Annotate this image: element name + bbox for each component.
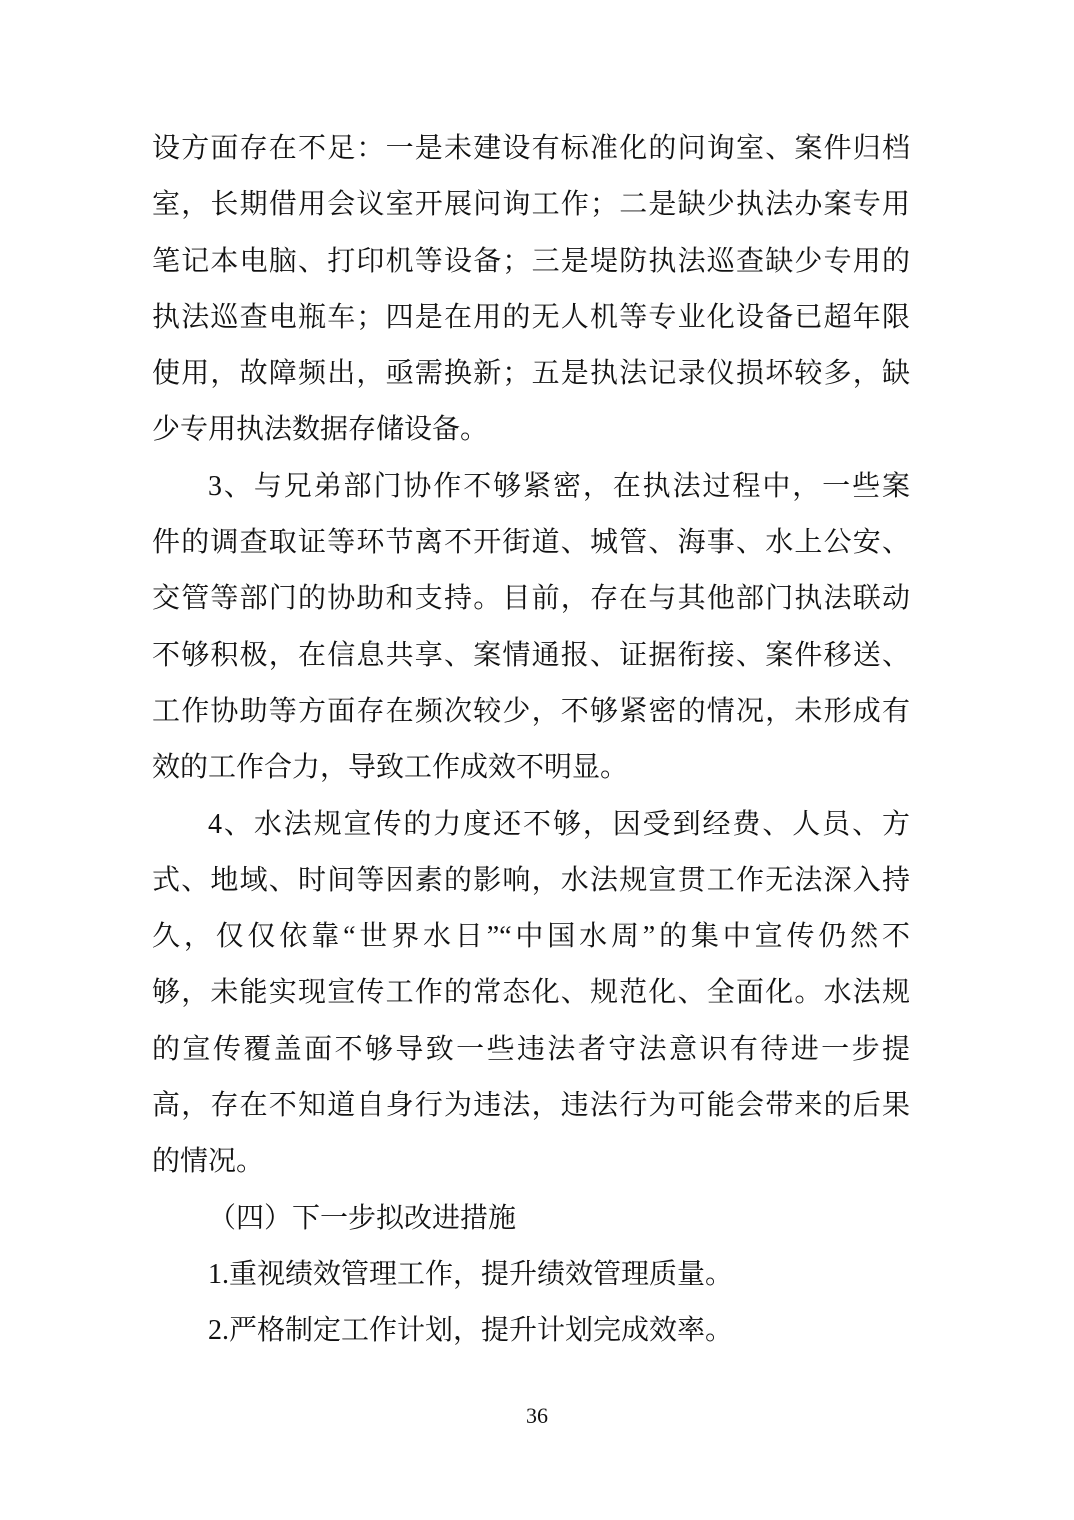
page-footer: 36 bbox=[0, 1402, 1074, 1430]
text-line: 设方面存在不足：一是未建设有标准化的问询室、案件归档 bbox=[152, 121, 910, 177]
text-line: 少专用执法数据存储设备。 bbox=[152, 402, 910, 458]
text-line: 工作协助等方面存在频次较少，不够紧密的情况，未形成有 bbox=[152, 684, 910, 740]
text-line: 不够积极，在信息共享、案情通报、证据衔接、案件移送、 bbox=[152, 628, 910, 684]
text-line: 1.重视绩效管理工作，提升绩效管理质量。 bbox=[152, 1247, 910, 1303]
text-line: 久，仅仅依靠“世界水日”“中国水周”的集中宣传仍然不 bbox=[152, 909, 910, 965]
text-line: 高，存在不知道自身行为违法，违法行为可能会带来的后果 bbox=[152, 1078, 910, 1134]
text-line: 笔记本电脑、打印机等设备；三是堤防执法巡查缺少专用的 bbox=[152, 234, 910, 290]
text-line: 式、地域、时间等因素的影响，水法规宣贯工作无法深入持 bbox=[152, 853, 910, 909]
text-line: 交管等部门的协助和支持。目前，存在与其他部门执法联动 bbox=[152, 571, 910, 627]
text-line: 效的工作合力，导致工作成效不明显。 bbox=[152, 740, 910, 796]
text-line: 件的调查取证等环节离不开街道、城管、海事、水上公安、 bbox=[152, 515, 910, 571]
text-line: 3、与兄弟部门协作不够紧密，在执法过程中，一些案 bbox=[152, 459, 910, 515]
text-line: 室，长期借用会议室开展问询工作；二是缺少执法办案专用 bbox=[152, 177, 910, 233]
document-page: 设方面存在不足：一是未建设有标准化的问询室、案件归档室，长期借用会议室开展问询工… bbox=[0, 0, 1074, 1520]
text-line: 的情况。 bbox=[152, 1134, 910, 1190]
page-number: 36 bbox=[526, 1403, 548, 1428]
document-body: 设方面存在不足：一是未建设有标准化的问询室、案件归档室，长期借用会议室开展问询工… bbox=[152, 121, 910, 1360]
text-line: （四）下一步拟改进措施 bbox=[152, 1191, 910, 1247]
text-line: 执法巡查电瓶车；四是在用的无人机等专业化设备已超年限 bbox=[152, 290, 910, 346]
text-line: 够，未能实现宣传工作的常态化、规范化、全面化。水法规 bbox=[152, 965, 910, 1021]
text-line: 2.严格制定工作计划，提升计划完成效率。 bbox=[152, 1303, 910, 1359]
text-line: 使用，故障频出，亟需换新；五是执法记录仪损坏较多，缺 bbox=[152, 346, 910, 402]
text-line: 4、水法规宣传的力度还不够，因受到经费、人员、方 bbox=[152, 797, 910, 853]
text-line: 的宣传覆盖面不够导致一些违法者守法意识有待进一步提 bbox=[152, 1022, 910, 1078]
